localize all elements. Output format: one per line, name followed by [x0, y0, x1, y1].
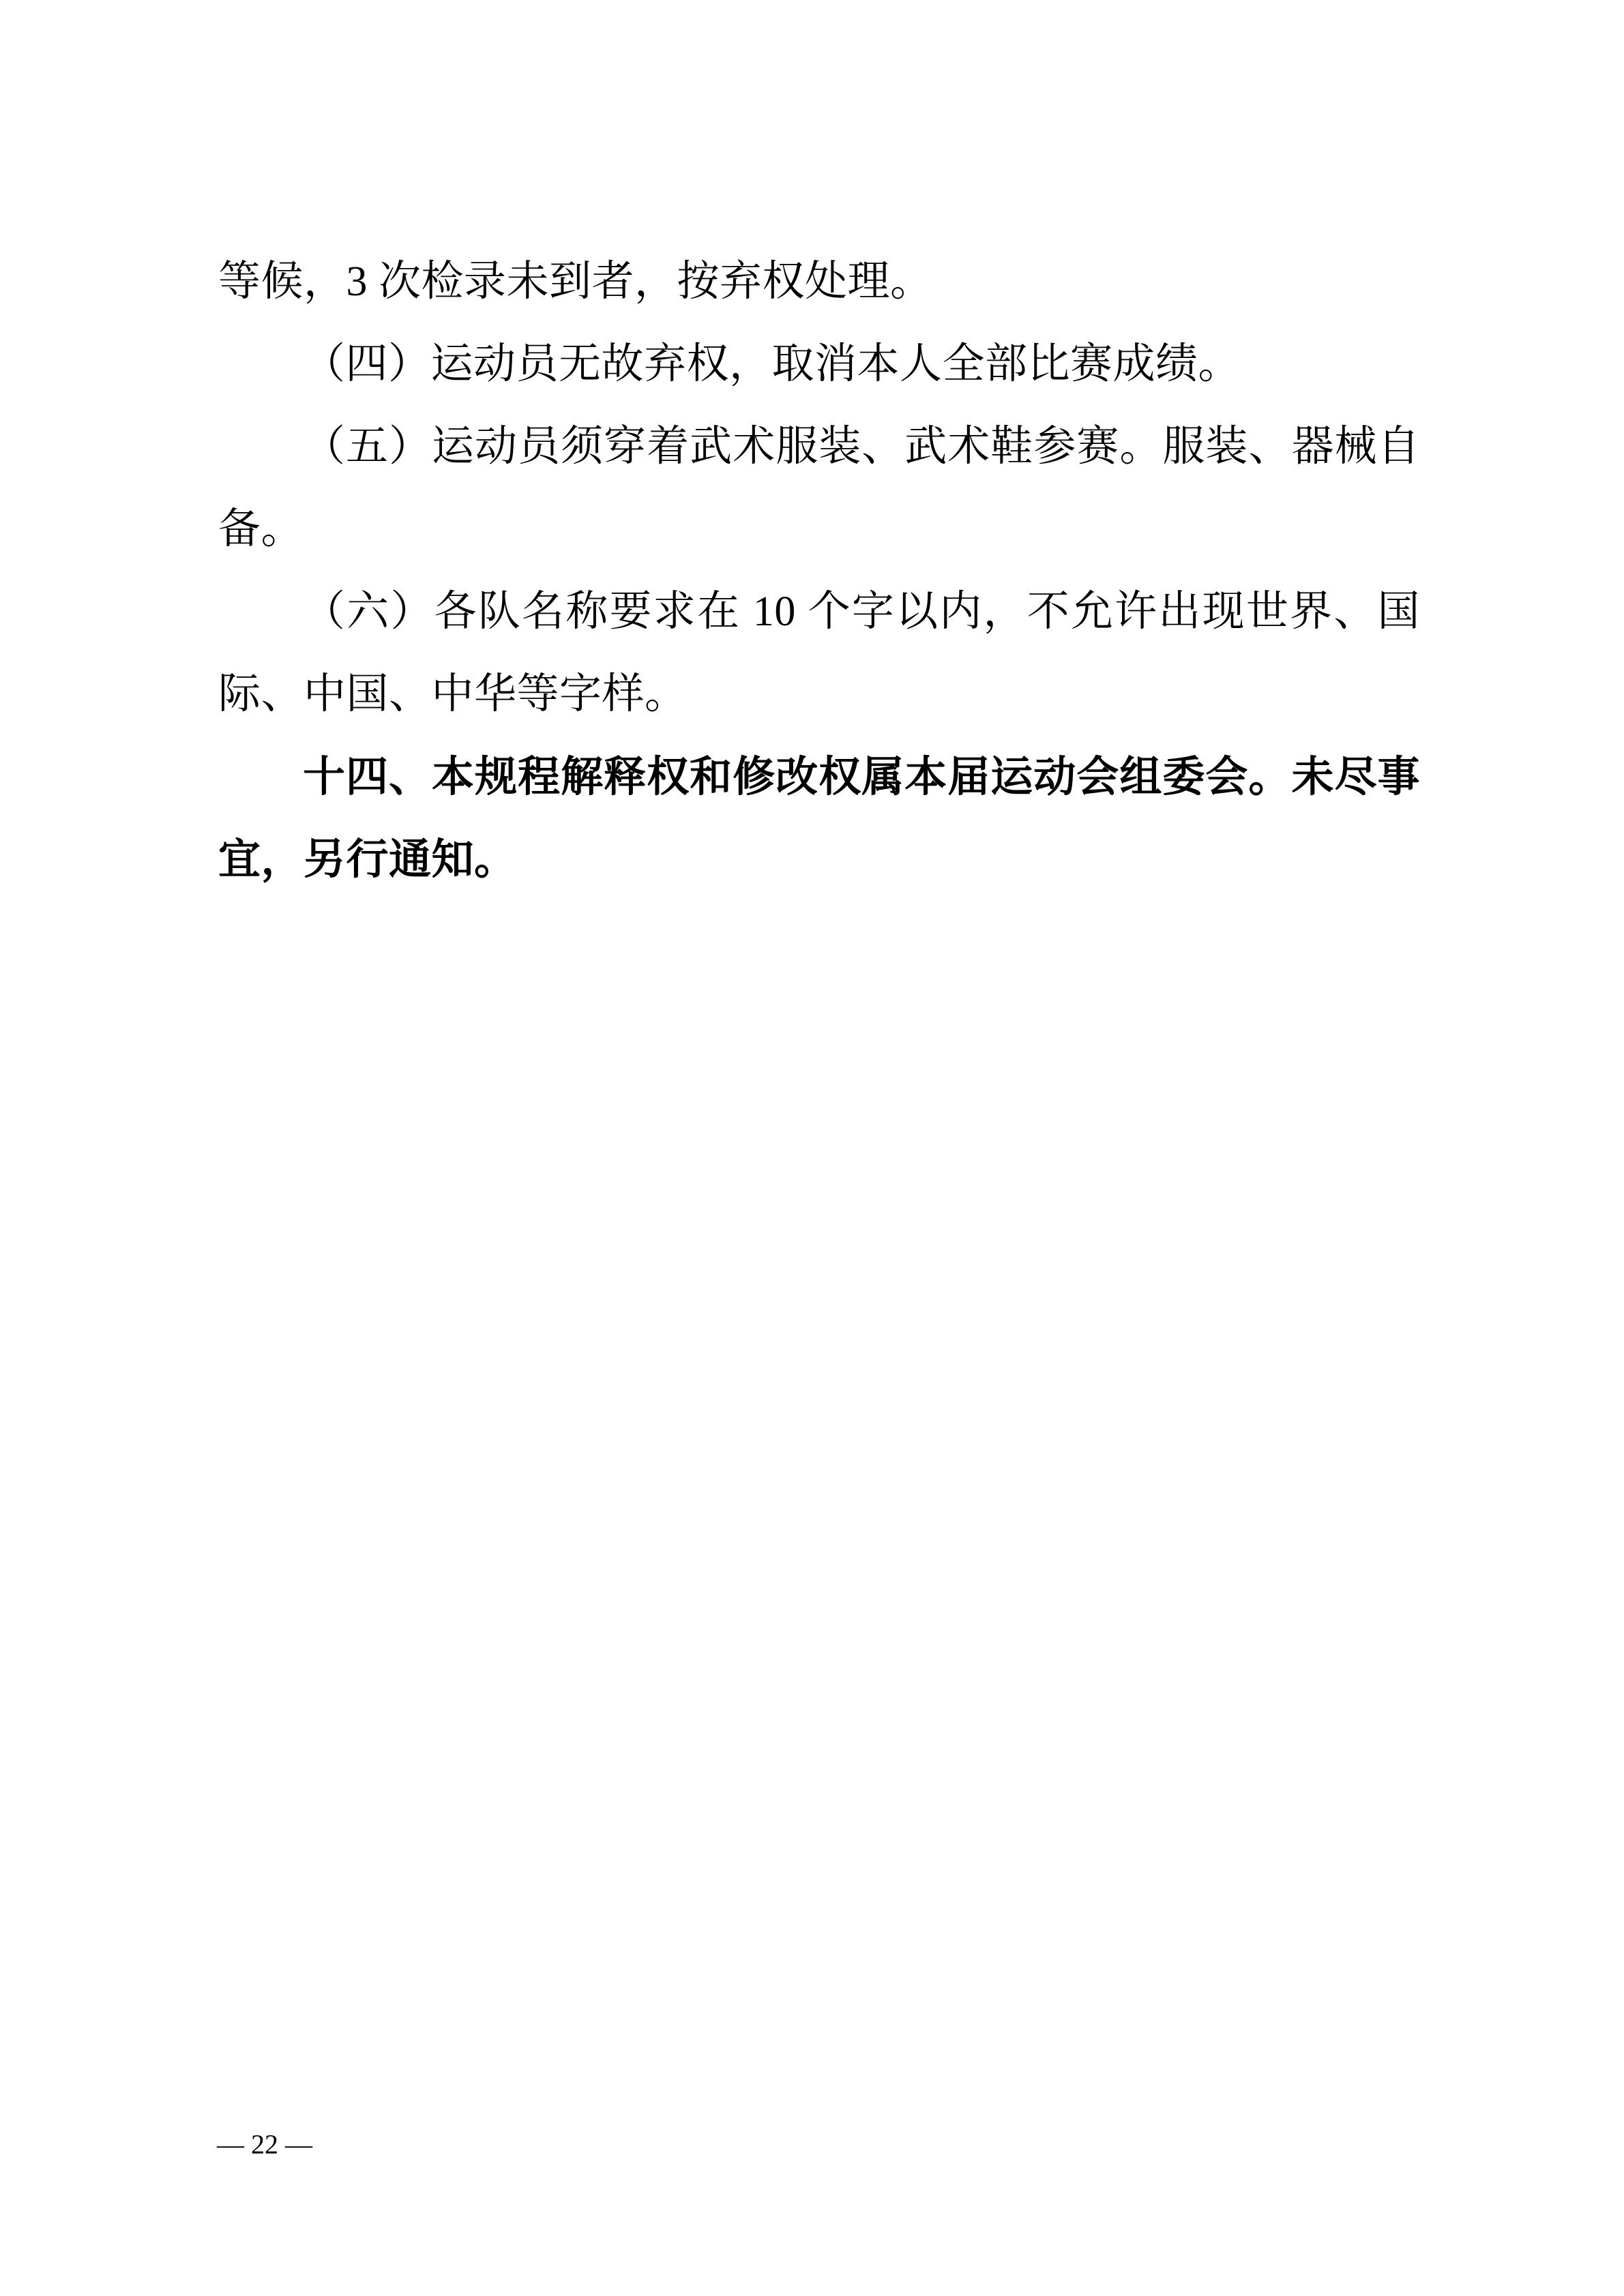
paragraph: 等候，3 次检录未到者，按弃权处理。: [218, 241, 1420, 323]
paragraph-section-heading: 十四、本规程解释权和修改权属本届运动会组委会。未尽事 宜，另行通知。: [218, 736, 1420, 901]
paragraph: （四）运动员无故弃权，取消本人全部比赛成绩。: [218, 323, 1420, 406]
document-body: 等候，3 次检录未到者，按弃权处理。 （四）运动员无故弃权，取消本人全部比赛成绩…: [218, 241, 1420, 901]
paragraph: （六）各队名称要求在 10 个字以内，不允许出现世界、国 际、中国、中华等字样。: [218, 571, 1420, 736]
paragraph: （五）运动员须穿着武术服装、武术鞋参赛。服装、器械自 备。: [218, 406, 1420, 571]
text-line: 际、中国、中华等字样。: [218, 653, 1420, 736]
text-line: 十四、本规程解释权和修改权属本届运动会组委会。未尽事: [218, 736, 1420, 818]
document-page: 等候，3 次检录未到者，按弃权处理。 （四）运动员无故弃权，取消本人全部比赛成绩…: [0, 0, 1624, 2296]
page-number: — 22 —: [217, 2129, 312, 2160]
text-line: 等候，3 次检录未到者，按弃权处理。: [218, 241, 1420, 323]
text-line: （五）运动员须穿着武术服装、武术鞋参赛。服装、器械自: [218, 406, 1420, 488]
text-line: （四）运动员无故弃权，取消本人全部比赛成绩。: [218, 323, 1420, 406]
text-line: 宜，另行通知。: [218, 818, 1420, 901]
text-line: 备。: [218, 488, 1420, 571]
text-line: （六）各队名称要求在 10 个字以内，不允许出现世界、国: [218, 571, 1420, 653]
